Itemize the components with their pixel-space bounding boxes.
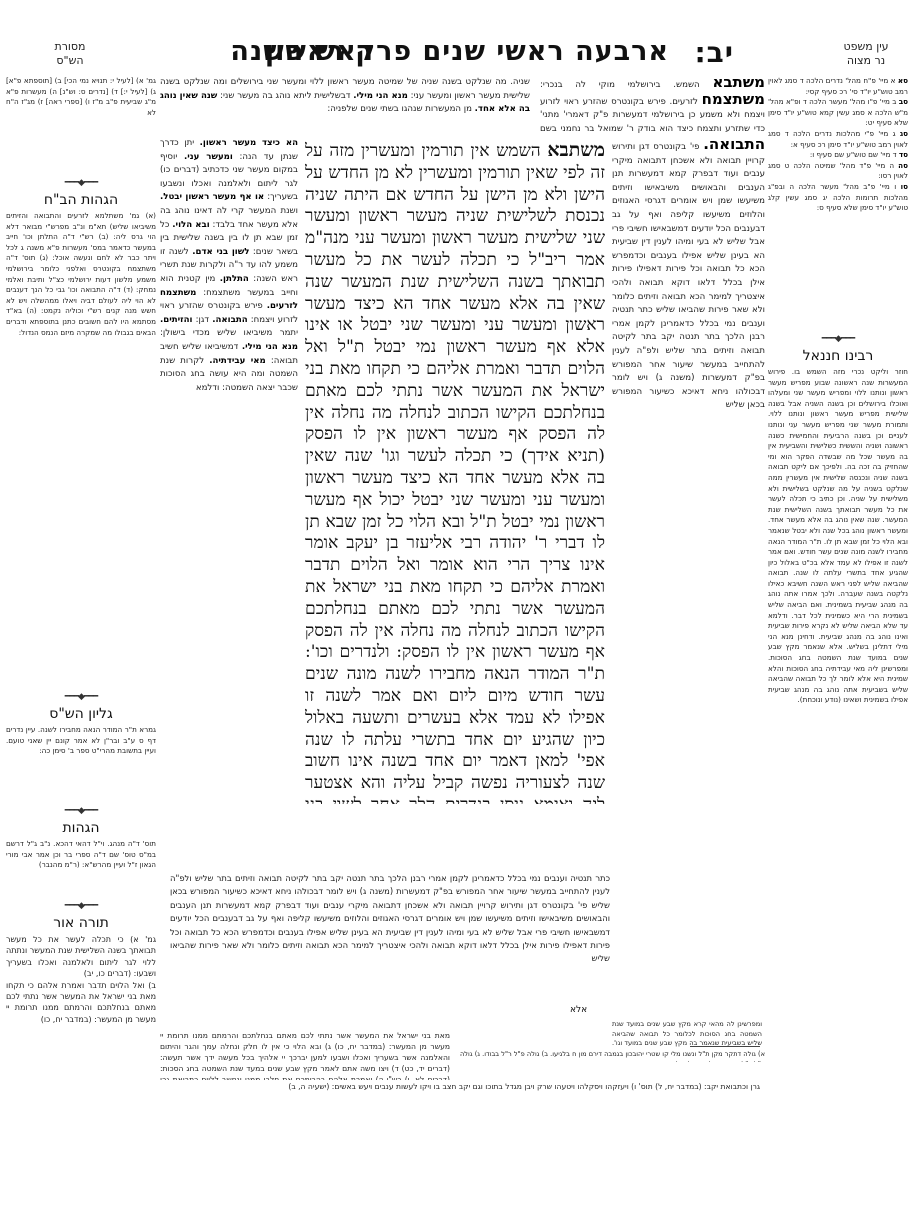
rashi-text: יתמר משיביאו שליש מכדי בישולן: (160, 328, 298, 338)
gilyon-hashas-title: גליון הש"ס (6, 706, 156, 722)
rashi-dibbur-hamatchil: ובא הלוי. (172, 220, 209, 230)
footnote-rule (690, 1046, 760, 1047)
entry-text: א מיי' פ"ח מהל' נדרים הלכה ד סמג לאוין ר… (768, 76, 908, 96)
tractate-title: ראש השנה (230, 36, 374, 67)
gemara-text: משתבא השמש אין תורמין ומעשרין מזה על זה … (305, 140, 605, 804)
tosafot-footer-word: אלא (570, 1005, 587, 1015)
rashi-dibbur-hamatchil: התבואה. (212, 315, 247, 325)
entry-text: ג מיי' פ"י מהלכות נדרים הלכה ד סמג לאוין… (768, 129, 908, 149)
rashi-dibbur-hamatchil: התלתן. (220, 274, 249, 284)
tosafot-text: כתר תנטיה וענבים נמי בכלל כדאמרינן לקמן … (612, 305, 765, 410)
ornament-divider: ━━━◆━━━ (6, 806, 156, 816)
gilyon-hashas-text: גמרא ת"ר המודר הנאה מחבירו לשנה. עיין נד… (6, 725, 156, 800)
tosafot-commentary-column: התבואה. פי' בקונטרס דגן ותירוש קרויין תב… (612, 138, 765, 798)
hagahot-habach-text: (א) גמ' משתלמא לזרעים והתבואה והזיתים מש… (6, 211, 156, 651)
masoret-entries: גמ' א) [לעיל י: תנויא נמי הכי] ב) [תוספת… (6, 76, 156, 117)
hagahot-text: תוס' ד"ה מנהג. וי"ל דהאי דהכא. נ"ב ג"ל ד… (6, 839, 156, 889)
rashi-dibbur-hamatchil: מנא הני מילי. (242, 342, 298, 352)
rabbeinu-chananel-title: רבינו חננאל (768, 348, 908, 364)
hagahot-habach-title: הגהות הב"ח (6, 192, 156, 208)
entry-letter: סו (901, 182, 908, 191)
tosafot-text: פי' בקונטרס דגן ותירוש קרויין תבואה ולא … (170, 900, 610, 964)
masoret-hashas-header-label: מסורת הש"ס (30, 40, 110, 68)
torah-or-verse: גמ' א) כי תכלה לעשר את כל מעשר תבואתך בש… (6, 934, 156, 980)
ornament-divider: ━━━◆━━━ (6, 178, 156, 188)
rashi-dibbur-hamatchil: הא כיצד מעשר ראשון. (200, 138, 298, 148)
rashi-text: דגן: (196, 315, 209, 325)
rabbeinu-chananel-section: ━━━◆━━━ רבינו חננאל חוזר וליקט נכרי מזה … (768, 328, 908, 1028)
hashas-label: הש"ס (30, 54, 110, 68)
entry-text: ו מיי' פ"ב מהל' מעשר הלכה ה ובפ"ג מהלכות… (768, 182, 908, 212)
hagahot-section: ━━━◆━━━ הגהות תוס' ד"ה מנהג. וי"ל דהאי ד… (6, 800, 156, 890)
gilyon-hashas-section: ━━━◆━━━ גליון הש"ס גמרא ת"ר המודר הנאה מ… (6, 686, 156, 796)
ein-mishpat-header-label: עין משפט נר מצוה (826, 40, 906, 68)
torah-or-bottom-line: גרן וכתבואת יקב: (במדבר יח, ל) תוס' ו) ו… (160, 1082, 760, 1094)
tosafot-commentary: משתבא השמש. בירושלמי מוקי לה בנכרי: משתצ… (540, 76, 765, 136)
entry-letter: סב (899, 97, 908, 106)
hagahot-habach-section: ━━━◆━━━ הגהות הב"ח (א) גמ' משתלמא לזרעים… (6, 172, 156, 672)
gemara-lead-word: משתבא (547, 140, 605, 161)
rashi-dibbur-hamatchil: מנא הני מילי. (353, 91, 408, 101)
rashi-dibbur-hamatchil: או אף מעשר ראשון יבטל. (160, 192, 264, 202)
ein-mishpat-entry: סב ב מיי' פ"ו מהל' מעשר הלכה ד ופ"א מהל'… (768, 97, 908, 129)
ornament-divider: ━━━◆━━━ (6, 692, 156, 702)
tosafot-dibbur-hamatchil: משתצמח (702, 90, 765, 108)
tosafot-dibbur-hamatchil: התבואה. (703, 138, 765, 153)
ein-mishpat-column: סא א מיי' פ"ח מהל' נדרים הלכה ד סמג לאוי… (768, 76, 908, 298)
tosafot-text: השמש. בירושלמי מוקי לה בנכרי: (540, 80, 700, 90)
tosafot-text: פי' בקונטרס דגן ותירוש קרויין תבואה ולא … (612, 142, 765, 315)
entry-letter: סה (898, 161, 908, 170)
footnote-notes-block: ומפרשינן לה מהאי קרא מקץ שבע שנים במועד … (612, 1020, 762, 1048)
masoret-label: מסורת (30, 40, 110, 54)
footnote-letters: א) גולה דתקר מקן ת"ל ונשנו מלי קו שטרי י… (460, 1050, 765, 1062)
rashi-dibbur-hamatchil: והזיתים. (160, 315, 192, 325)
torah-or-continuation: מאת בני ישראל את המעשר אשר נתתי לכם מאתם… (160, 1030, 450, 1080)
torah-or-text: גמ' א) כי תכלה לעשר את כל מעשר תבואתך בש… (6, 934, 156, 1084)
entry-text: ה מיי' פ"ד מהל' שמיטה הלכה ט סמג לאוין ר… (768, 161, 908, 181)
ein-mishpat-entry: סא א מיי' פ"ח מהל' נדרים הלכה ד סמג לאוי… (768, 76, 908, 97)
entry-letter: סא (898, 76, 908, 85)
ein-mishpat-label: עין משפט (826, 40, 906, 54)
rashi-dibbur-hamatchil: ומעשר עני. (184, 152, 233, 162)
ornament-divider: ━━━◆━━━ (6, 901, 156, 911)
rashi-commentary-column: הא כיצד מעשר ראשון. יתן כדרך שנתן עד הנה… (160, 137, 298, 797)
masoret-hashas-column: גמ' א) [לעיל י: תנויא נמי הכי] ב) [תוספת… (6, 76, 156, 168)
rashi-text: דבשלישית ליתא נוהג בה מעשר שני: (220, 91, 350, 101)
torah-or-title: תורה אור (6, 915, 156, 931)
tosafot-lower-text: כתר תנטיה וענבים נמי בכלל כדאמרינן לקמן … (170, 872, 610, 1012)
rashi-commentary: שניה. מה שנלקט בשנה שניה של שמיטה מעשר ר… (160, 76, 530, 136)
ein-mishpat-entry: סג ג מיי' פ"י מהלכות נדרים הלכה ד סמג לא… (768, 129, 908, 150)
torah-or-verse: ב) ואל הלוים תדבר ואמרת אלהם כי תקחו מאת… (6, 980, 156, 1026)
rashi-text: מן המעשרות שנהגו בשתי שנים שלפניה: (327, 104, 472, 114)
entry-letter: סד (899, 150, 908, 159)
rashi-dibbur-hamatchil: לשון בני אדם. (192, 247, 249, 257)
ein-mishpat-entry: סד ד מיי' שם טוש"ע שם סעיף ו: (768, 150, 908, 161)
entry-text: ב מיי' פ"ו מהל' מעשר הלכה ד ופ"א מהל' מ"… (768, 97, 908, 127)
torah-or-section: ━━━◆━━━ תורה אור גמ' א) כי תכלה לעשר את … (6, 895, 156, 1085)
folio-number: יב: (694, 36, 734, 69)
rashi-text: ודלמא (196, 383, 220, 393)
rashi-dibbur-hamatchil: מאי עבידתיה. (209, 356, 265, 366)
gemara-body: השמש אין תורמין ומעשרין מזה על זה לפי שא… (305, 141, 605, 804)
ornament-divider: ━━━◆━━━ (768, 334, 908, 344)
entry-text: ד מיי' שם טוש"ע שם סעיף ו: (810, 150, 897, 159)
rabbeinu-chananel-text: חוזר וליקט נכרי מזה השמש בו. פירוש המעשר… (768, 367, 908, 1027)
entry-letter: סג (900, 129, 908, 138)
ein-mishpat-entry: סה ה מיי' פ"ד מהל' שמיטה הלכה ט סמג לאוי… (768, 161, 908, 182)
hagahot-title: הגהות (6, 820, 156, 836)
ein-mishpat-entry: סו ו מיי' פ"ב מהל' מעשר הלכה ה ובפ"ג מהל… (768, 182, 908, 214)
ner-mitzvah-label: נר מצוה (826, 54, 906, 68)
